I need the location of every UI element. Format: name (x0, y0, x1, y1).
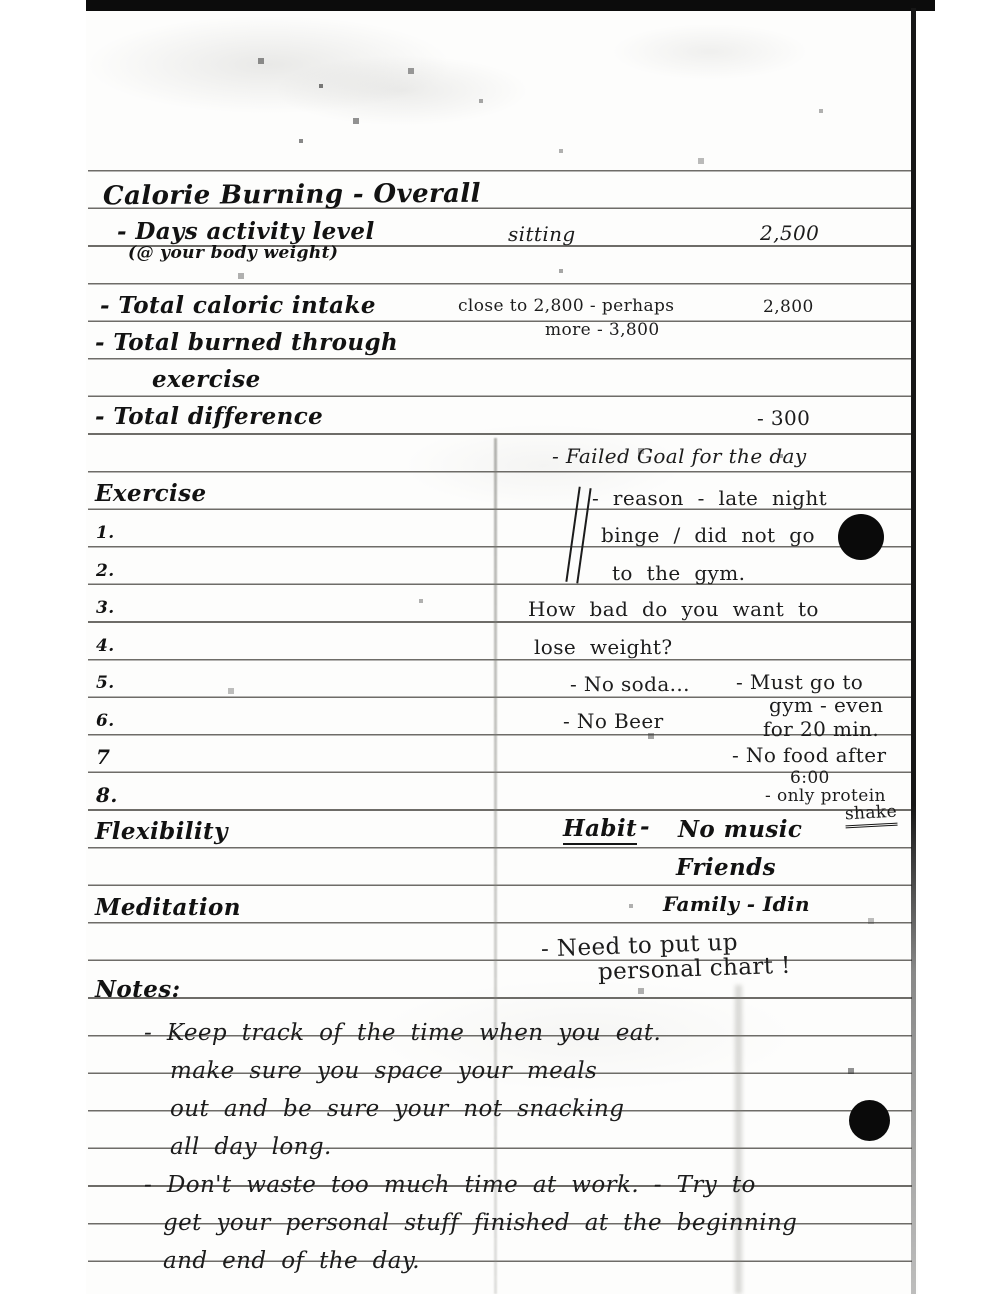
days-activity-label: - Days activity level (117, 218, 375, 245)
section-title-exercise: Exercise (95, 480, 207, 507)
reason-line3: to the gym. (612, 561, 745, 585)
intake-value: 2,800 (763, 297, 814, 317)
note-line-2: make sure you space your meals (170, 1058, 597, 1084)
habit-label: Habit (563, 815, 637, 845)
exercise-item-number-3: 3. (96, 598, 115, 618)
exercise-item-number-2: 2. (96, 561, 115, 581)
note-line-4: all day long. (170, 1134, 332, 1160)
activity-calories-value: 2,500 (760, 221, 819, 245)
activity-value: sitting (508, 222, 576, 246)
note-line-7: and end of the day. (163, 1248, 420, 1274)
burned-through-label: - Total burned through (95, 329, 398, 356)
burned-through-label2: exercise (152, 366, 261, 393)
paper-right-edge (911, 8, 916, 1294)
question-line2: lose weight? (534, 635, 673, 659)
protein-line2: shake (844, 802, 897, 829)
no-food-line1: - No food after (732, 743, 886, 767)
note-line-5: - Don't waste too much time at work. - T… (144, 1172, 756, 1198)
question-line1: How bad do you want to (528, 597, 819, 621)
must-go-line3: for 20 min. (763, 717, 879, 741)
must-go-line2: gym - even (769, 693, 883, 717)
exercise-item-number-6: 6. (96, 711, 115, 731)
reason-line2: binge / did not go (601, 523, 815, 547)
exercise-item-number-1: 1. (96, 523, 115, 543)
habit-value-family: Family - Idin (663, 892, 810, 916)
no-soda-note: - No soda... (570, 672, 690, 696)
no-beer-note: - No Beer (563, 709, 664, 733)
habit-dash: - (640, 813, 650, 840)
intake-note-line1: close to 2,800 - perhaps (458, 296, 674, 316)
failed-goal-note: - Failed Goal for the day (552, 444, 807, 468)
fold-crease (494, 438, 497, 1294)
note-line-1: - Keep track of the time when you eat. (144, 1020, 661, 1046)
scan-edge-top (86, 0, 935, 11)
scanned-note-page: Calorie Burning - Overall - Days activit… (0, 0, 1000, 1294)
habit-value-no-music: No music (678, 816, 802, 843)
section-title-flexibility: Flexibility (95, 818, 228, 845)
intake-note-line2: more - 3,800 (545, 320, 660, 340)
no-food-line2: 6:00 (790, 768, 830, 788)
exercise-item-number-5: 5. (96, 673, 115, 693)
habit-value-friends: Friends (676, 854, 776, 881)
exercise-item-number-8: 8. (96, 783, 118, 807)
scan-speckles (0, 0, 2, 2)
note-line-6: get your personal stuff finished at the … (163, 1210, 797, 1236)
hole-punch-dot-lower (849, 1100, 890, 1141)
total-difference-label: - Total difference (95, 403, 323, 430)
caloric-intake-label: - Total caloric intake (100, 292, 376, 319)
section-title-calorie-burning: Calorie Burning - Overall (103, 179, 481, 212)
total-difference-value: - 300 (757, 406, 810, 430)
reason-line1: - reason - late night (592, 486, 827, 510)
exercise-item-number-4: 4. (96, 636, 115, 656)
note-line-3: out and be sure your not snacking (170, 1096, 624, 1122)
section-title-meditation: Meditation (95, 894, 241, 921)
must-go-line1: - Must go to (736, 670, 863, 694)
fold-shadow (735, 985, 742, 1294)
section-title-notes: Notes: (95, 976, 180, 1003)
body-weight-note: (@ your body weight) (128, 243, 338, 263)
exercise-item-number-7: 7 (96, 745, 110, 769)
hole-punch-dot-upper (838, 514, 884, 560)
